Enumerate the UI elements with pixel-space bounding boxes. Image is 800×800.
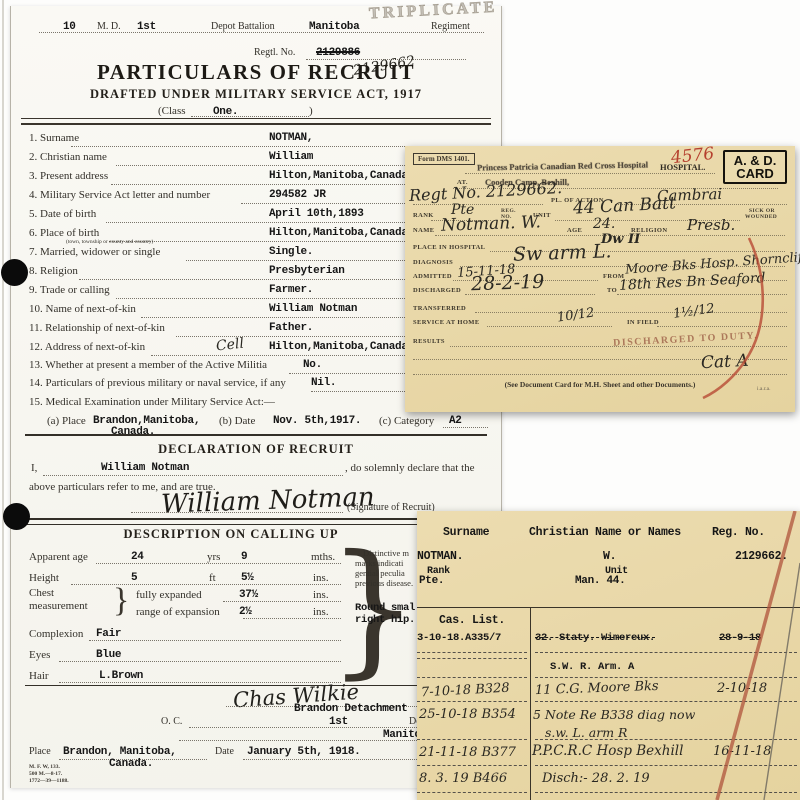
dashed-rule <box>417 701 527 702</box>
distinctive-line-4: previous disease. <box>355 578 425 588</box>
fully-expanded-row: fully expanded 37½ ins. <box>11 589 346 605</box>
class-label: (Class <box>158 105 186 117</box>
battalion-number: 1st <box>137 21 156 33</box>
field-label: Military Service Act letter and number <box>40 189 210 201</box>
signature-line <box>131 512 343 513</box>
cas-row-0-ref: 3-10-18.A335/7 <box>417 632 501 644</box>
medical-date-label: (b) Date <box>219 415 255 427</box>
medical-category-value: A2 <box>449 415 462 427</box>
field-label: Surname <box>40 132 79 144</box>
dashed-rule <box>535 739 797 740</box>
punch-hole-top <box>1 259 28 286</box>
recruit-signature: William Notman <box>161 482 376 519</box>
dashed-rule <box>417 792 527 793</box>
cas-row-2-date: 2-10-18 <box>717 681 767 696</box>
declaration-title: DECLARATION OF RECRUIT <box>11 442 501 457</box>
regt-no-handwritten: Regt No. 2129662. <box>409 178 563 205</box>
print-code-3: 1772—39—1188. <box>29 778 69 785</box>
dotted-line <box>475 312 787 313</box>
next-of-kin-name-value: William Notman <box>269 303 357 315</box>
regiment-label: Regiment <box>431 21 470 32</box>
cas-row-5-date: 16-11-18 <box>713 744 771 759</box>
dotted-line <box>39 32 484 33</box>
dotted-line <box>487 326 612 327</box>
ft-label: ft <box>209 572 216 584</box>
religion-value: Presb. <box>687 216 735 234</box>
cas-row-2-entry: 11 C.G. Moore Bks <box>535 679 659 698</box>
surname-header: Surname <box>443 526 489 539</box>
admission-discharge-card: Form DMS 1401. Princess Patricia Canadia… <box>405 146 795 412</box>
class-close: ) <box>309 105 313 117</box>
regtl-no-struck: 2129886 <box>316 47 360 59</box>
medical-place-label: (a) Place <box>47 415 86 427</box>
medical-date-value: Nov. 5th,1917. <box>273 415 361 427</box>
cas-row-5-entry: P.P.C.R.C Hosp Bexhill <box>532 743 683 759</box>
dashed-rule <box>535 677 797 678</box>
unit-value: Man. 44. <box>575 575 625 587</box>
apparent-age-row: Apparent age 24 yrs 9 mths. <box>11 551 346 567</box>
diagnosis-value: Sw arm L. <box>513 240 612 265</box>
field-num: 1. <box>29 132 37 144</box>
date-of-birth-value: April 10th,1893 <box>269 208 364 220</box>
detachment-value: Brandon Detachment <box>294 703 407 715</box>
cas-row-6-ref: 8. 3. 19 B466 <box>419 771 507 786</box>
christian-name-value: William <box>269 151 313 163</box>
admitted-label: ADMITTED <box>413 273 452 280</box>
cas-row-4-entry: s.w. L. arm R <box>545 725 627 740</box>
dotted-line <box>465 173 715 174</box>
dashed-rule <box>535 792 797 793</box>
complexion-label: Complexion <box>29 628 83 640</box>
cas-row-3-ref: 25-10-18 B354 <box>419 707 516 722</box>
form-title: PARTICULARS OF RECRUIT <box>11 60 501 85</box>
next-of-kin-relation-value: Father. <box>269 322 313 334</box>
field-label: Place of birth <box>40 227 99 239</box>
height-label: Height <box>29 572 59 584</box>
field-label: Present address <box>40 170 108 182</box>
punch-hole-bottom <box>3 503 30 530</box>
transferred-label: TRANSFERRED <box>413 305 466 312</box>
form-number-box: Form DMS 1401. <box>413 153 475 165</box>
field-num: 5. <box>29 208 37 220</box>
next-of-kin-address-handmark: Cell <box>215 336 244 355</box>
form-subtitle: DRAFTED UNDER MILITARY SERVICE ACT, 1917 <box>11 87 501 102</box>
triplicate-stamp: TRIPLICATE <box>369 0 498 23</box>
print-code-1: M. F. W, 133. <box>29 764 69 771</box>
declaration-i-label: I, <box>31 462 37 474</box>
msa-letter-number-value: 294582 JR <box>269 189 326 201</box>
cas-row-3-entry: 5 Note Re B338 diag now <box>533 707 695 722</box>
field-num: 12. <box>29 341 43 353</box>
casualty-record-card: Surname Christian Name or Names Reg. No.… <box>417 511 800 800</box>
dashed-rule <box>535 765 797 766</box>
discharged-value: 28-2-19 <box>471 271 545 296</box>
field-num: 6. <box>29 227 37 239</box>
eyes-row: Eyes Blue <box>11 649 346 665</box>
height-ft-value: 5 <box>131 572 137 584</box>
date-label: Date <box>215 746 234 757</box>
declaration-suffix: , do solemnly declare that the <box>345 462 475 474</box>
ad-card-title-box: A. & D. CARD <box>723 150 787 184</box>
field-label: Trade or calling <box>40 284 110 296</box>
yrs-label: yrs <box>207 551 220 563</box>
depot-battalion-label: Depot Battalion <box>211 21 275 32</box>
field-label: Married, widower or single <box>40 246 160 258</box>
dotted-line <box>657 326 787 327</box>
surname-value: NOTMAN, <box>269 132 313 144</box>
field-num: 7. <box>29 246 37 258</box>
complexion-value: Fair <box>96 628 121 640</box>
district-label: M. D. <box>97 21 121 32</box>
dotted-line <box>617 294 787 295</box>
distinctive-line-2: marks indicati <box>355 558 425 568</box>
field-num: 10. <box>29 303 43 315</box>
fully-expanded-value: 37½ <box>239 589 258 601</box>
case-number-handwritten: 4576 <box>670 144 715 168</box>
ad-card-title-line2: CARD <box>725 167 785 180</box>
in-field-label: IN FIELD <box>627 319 659 326</box>
dotted-line <box>191 116 309 117</box>
print-code-2: 500 M.—8-17. <box>29 771 69 778</box>
cas-row-1-entry: S.W. R. Arm. A <box>550 661 634 673</box>
declaration-name: William Notman <box>101 462 189 474</box>
place-of-birth-value: Hilton,Manitoba,Canada. <box>269 227 414 239</box>
marital-status-value: Single. <box>269 246 313 258</box>
scan-edge <box>2 0 4 800</box>
field-num: 9. <box>29 284 37 296</box>
age-label: AGE <box>567 227 582 234</box>
complexion-row: Complexion Fair <box>11 628 346 644</box>
christian-name-header: Christian Name or Names <box>529 526 681 539</box>
sick-or-wounded-label-2: WOUNDED <box>745 214 777 220</box>
range-expansion-row: range of expansion 2½ ins. <box>11 606 346 622</box>
form-print-codes: M. F. W, 133. 500 M.—8-17. 1772—39—1188. <box>29 764 69 785</box>
reg-no-header: Reg. No. <box>712 526 765 539</box>
district-number: 10 <box>63 21 76 33</box>
declaration-line1: I, William Notman , do solemnly declare … <box>11 462 501 478</box>
rank-value: Pte. <box>419 575 444 587</box>
christian-name-value: W. <box>603 550 616 563</box>
place-label: Place <box>29 746 51 757</box>
field-num: 8. <box>29 265 37 277</box>
distinctive-marks-value-2: right hip. <box>355 614 415 626</box>
present-address-value: Hilton,Manitoba,Canada. <box>269 170 414 182</box>
service-at-home-label: SERVICE AT HOME <box>413 319 480 326</box>
eyes-value: Blue <box>96 649 121 661</box>
field-label: Medical Examination under Military Servi… <box>46 396 275 408</box>
eyes-label: Eyes <box>29 649 50 661</box>
distinctive-marks-value-1: Round smal <box>355 602 415 614</box>
dotted-line <box>413 374 787 375</box>
cas-row-2-ref: 7-10-18 B328 <box>421 681 510 701</box>
dashed-rule <box>417 652 527 653</box>
regtl-no-label: Regtl. No. <box>254 47 295 58</box>
field-num: 15. <box>29 396 43 408</box>
dashed-rule <box>535 701 797 702</box>
range-expansion-value: 2½ <box>239 606 252 618</box>
field-num: 13. <box>29 359 43 371</box>
table-column-rule <box>530 607 531 800</box>
active-militia-value: No. <box>303 359 322 371</box>
distinctive-line-3: gential peculia <box>355 568 425 578</box>
distinctive-marks-note: Distinctive m marks indicati gential pec… <box>355 548 425 588</box>
service-at-home-value: 10/12 <box>556 305 595 325</box>
ad-small-print: i.a.r.a. <box>757 386 770 392</box>
place-of-birth-note: (town, township or county and country) <box>66 239 153 245</box>
oc-label: O. C. <box>161 716 182 727</box>
field-label: Date of birth <box>40 208 96 220</box>
dashed-rule <box>417 739 527 740</box>
hair-value: L.Brown <box>99 670 143 682</box>
field-label: Address of next-of-kin <box>45 341 145 353</box>
field-label: Relationship of next-of-kin <box>45 322 165 334</box>
table-top-rule <box>417 607 800 608</box>
section-rule <box>25 434 487 439</box>
place-value-2: Canada. <box>109 758 153 770</box>
dotted-line <box>413 204 543 205</box>
unit-value: 44 Can Batt <box>573 193 677 218</box>
medical-category-label: (c) Category <box>379 415 434 427</box>
months-value: 9 <box>241 551 247 563</box>
regiment-name: Manitoba <box>309 21 359 33</box>
dashed-rule <box>417 765 527 766</box>
hair-label: Hair <box>29 670 49 682</box>
height-in-value: 5½ <box>241 572 254 584</box>
date-value: January 5th, 1918. <box>247 746 360 758</box>
hospital-name-stamp: Princess Patricia Canadian Red Cross Hos… <box>477 160 648 173</box>
dashed-rule <box>417 658 527 659</box>
surname-value: NOTMAN. <box>417 550 463 563</box>
field-label: Name of next-of-kin <box>46 303 136 315</box>
place-in-hospital-label: PLACE IN HOSPITAL <box>413 244 485 251</box>
reg-no-value: 2129662. <box>735 550 788 563</box>
field-num: 2. <box>29 151 37 163</box>
apparent-age-value: 24 <box>131 551 144 563</box>
discharged-label: DISCHARGED <box>413 287 461 294</box>
dashed-rule <box>535 652 797 653</box>
to-label: TO <box>607 287 617 294</box>
height-row: Height 5 ft 5½ ins. <box>11 572 346 588</box>
field-num: 3. <box>29 170 37 182</box>
field-num: 4. <box>29 189 37 201</box>
dashed-rule <box>417 677 527 678</box>
diagnosis-label: DIAGNOSIS <box>413 259 453 266</box>
results-label: RESULTS <box>413 338 445 345</box>
field-label: Religion <box>40 265 78 277</box>
field-num: 11. <box>29 322 42 334</box>
oc-value: 1st <box>329 716 348 728</box>
field-label: Particulars of previous military or nava… <box>46 377 286 389</box>
name-value: Notman. W. <box>441 212 541 235</box>
cas-row-5-ref: 21-11-18 B377 <box>419 745 516 760</box>
section-rule <box>21 118 491 125</box>
cas-row-0-entry: 32. Staty. Wimereux. <box>535 632 655 644</box>
next-of-kin-address-value: Hilton,Manitoba,Canada. <box>269 341 414 353</box>
apparent-age-label: Apparent age <box>29 551 88 563</box>
in-field-value: 1½/12 <box>672 301 715 322</box>
place-value: Brandon, Manitoba, <box>63 746 176 758</box>
fully-expanded-label: fully expanded <box>136 589 202 601</box>
cas-row-0-date: 28-9-18 <box>719 632 761 644</box>
field-num: 14. <box>29 377 43 389</box>
age-value: 24. <box>593 216 615 232</box>
class-value: One. <box>213 106 238 118</box>
ad-footer-note: (See Document Card for M.H. Sheet and ot… <box>405 380 795 389</box>
trade-value: Farmer. <box>269 284 313 296</box>
religion-value: Presbyterian <box>269 265 345 277</box>
cas-row-6-entry: Disch:- 28. 2. 19 <box>542 771 650 786</box>
category-handwritten: Cat A <box>701 351 750 373</box>
name-label: NAME <box>413 227 434 234</box>
field-label: Christian name <box>40 151 107 163</box>
cas-list-header: Cas. List. <box>439 614 505 627</box>
range-expansion-label: range of expansion <box>136 606 220 618</box>
distinctive-line-1: Distinctive m <box>355 548 425 558</box>
field-label: Whether at present a member of the Activ… <box>45 359 267 371</box>
rank-label: RANK <box>413 212 434 219</box>
previous-service-value: Nil. <box>311 377 336 389</box>
